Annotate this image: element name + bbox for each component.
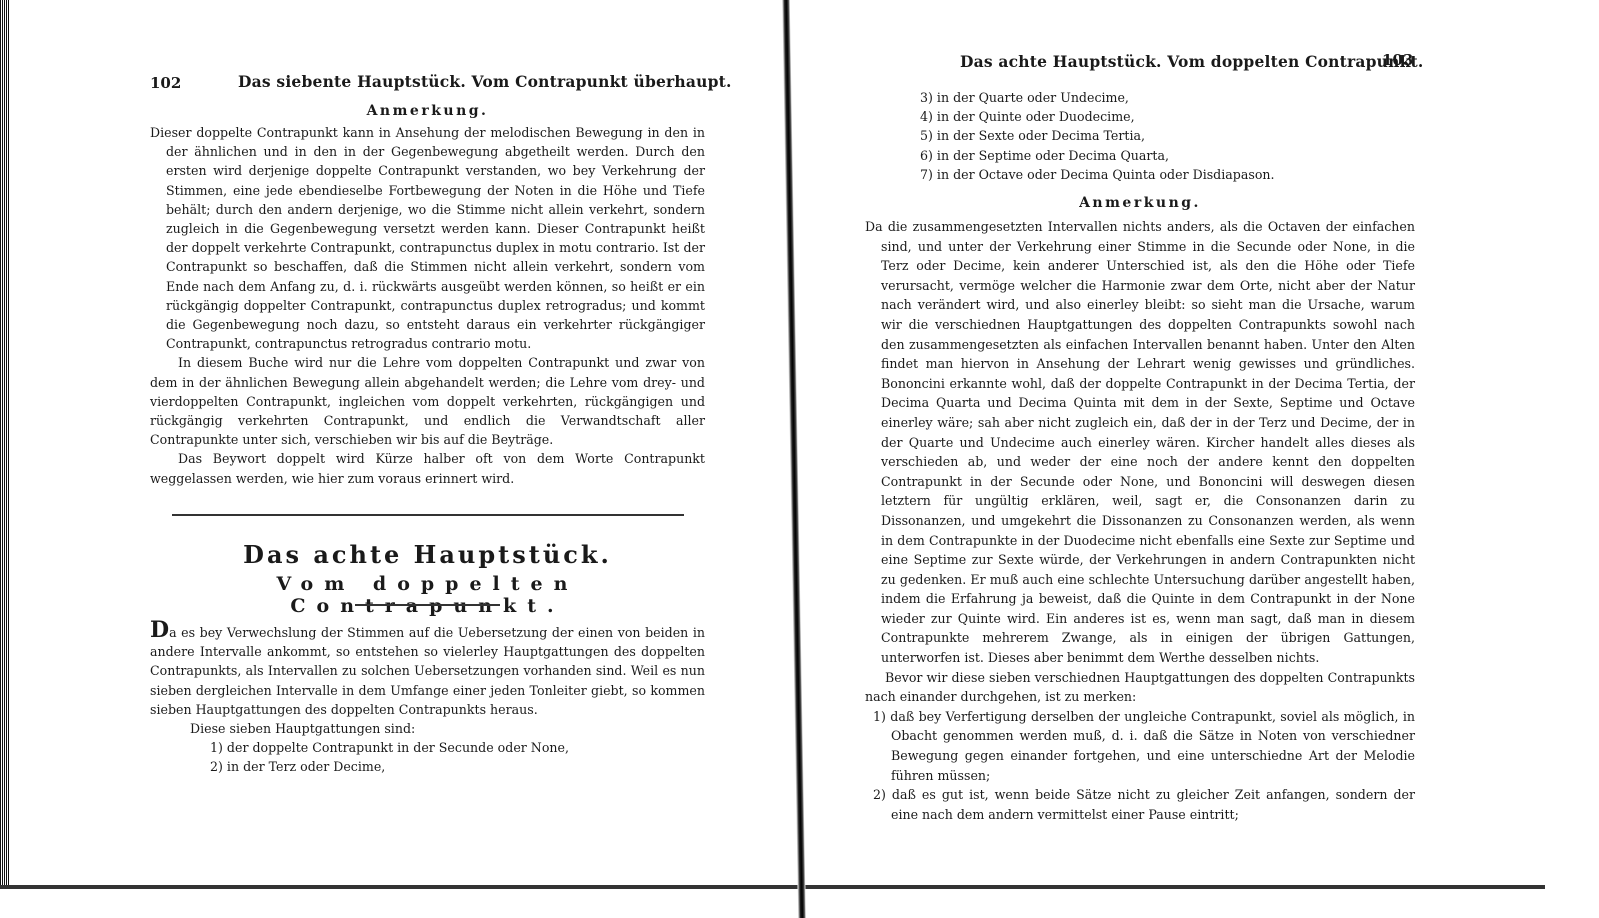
list-intro: Diese sieben Hauptgattungen sind:: [150, 719, 705, 738]
note-block: Anmerkung. Dieser doppelte Contrapunkt k…: [150, 103, 705, 488]
note-paragraph: In diesem Buche wird nur die Lehre vom d…: [150, 353, 705, 449]
chapter-subtitle: Vom doppelten Contrapunkt.: [150, 573, 705, 617]
running-head: Das achte Hauptstück. Vom doppelten Cont…: [960, 52, 1423, 71]
list-continued: 3) in der Quarte oder Undecime, 4) in de…: [920, 88, 1400, 184]
left-page: 102 Das siebente Hauptstück. Vom Contrap…: [150, 0, 705, 918]
chapter-paragraph: Da es bey Verwechslung der Stimmen auf d…: [150, 622, 705, 719]
rules-intro: Bevor wir diese sieben verschiednen Haup…: [865, 668, 1415, 707]
page-number: 102: [150, 74, 181, 92]
list-item: 5) in der Sexte oder Decima Tertia,: [920, 126, 1400, 145]
list-item: 3) in der Quarte oder Undecime,: [920, 88, 1400, 107]
list-item: 6) in der Septime oder Decima Quarta,: [920, 146, 1400, 165]
page-number: 103: [1382, 51, 1413, 69]
running-head: Das siebente Hauptstück. Vom Contrapunkt…: [238, 72, 732, 91]
list-item: 7) in der Octave oder Decima Quinta oder…: [920, 165, 1400, 184]
chapter-body: Da es bey Verwechslung der Stimmen auf d…: [150, 622, 705, 777]
note-body: Dieser doppelte Contrapunkt kann in Anse…: [150, 123, 705, 488]
title-underline: [355, 604, 500, 606]
note-block: Anmerkung. Da die zusammengesetzten Inte…: [865, 195, 1415, 824]
list-item: 2) in der Terz oder Decime,: [150, 757, 705, 776]
note-body: Da die zusammengesetzten Intervallen nic…: [865, 217, 1415, 824]
book-edge-left: [0, 0, 10, 885]
rule-item: 2) daß es gut ist, wenn beide Sätze nich…: [865, 785, 1415, 824]
list-item: 1) der doppelte Contrapunkt in der Secun…: [150, 738, 705, 757]
note-paragraph: Das Beywort doppelt wird Kürze halber of…: [150, 449, 705, 487]
chapter-title: Das achte Hauptstück.: [150, 540, 705, 569]
right-page: Das achte Hauptstück. Vom doppelten Cont…: [865, 0, 1415, 918]
note-heading: Anmerkung.: [865, 195, 1415, 211]
dropcap: D: [150, 617, 169, 643]
note-paragraph: Da die zusammengesetzten Intervallen nic…: [865, 217, 1415, 668]
note-paragraph: Dieser doppelte Contrapunkt kann in Anse…: [150, 123, 705, 353]
rule-item: 1) daß bey Verfertigung derselben der un…: [865, 707, 1415, 785]
list-item: 4) in der Quinte oder Duodecime,: [920, 107, 1400, 126]
section-divider: [172, 514, 684, 516]
book-gutter: [782, 0, 806, 918]
note-heading: Anmerkung.: [150, 103, 705, 119]
